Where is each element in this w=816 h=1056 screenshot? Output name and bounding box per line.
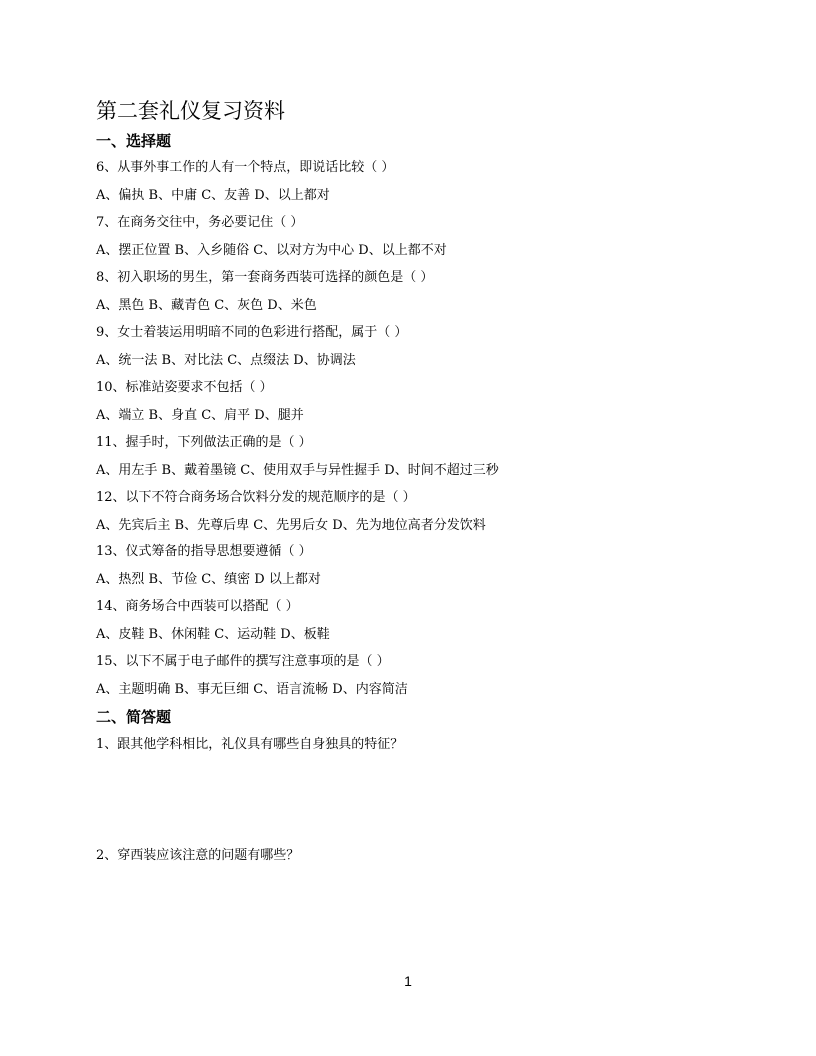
question-11-options: A、用左手 B、戴着墨镜 C、使用双手与异性握手 D、时间不超过三秒 (96, 462, 499, 480)
question-15: 15、以下不属于电子邮件的撰写注意事项的是（ ） (96, 653, 390, 671)
question-7-options: A、摆正位置 B、入乡随俗 C、以对方为中心 D、以上都不对 (96, 242, 447, 260)
short-answer-question-2: 2、穿西装应该注意的问题有哪些？ (96, 847, 299, 865)
short-answer-question-1: 1、跟其他学科相比，礼仪具有哪些自身独具的特征？ (96, 736, 403, 754)
question-9-options: A、统一法 B、对比法 C、点缀法 D、协调法 (96, 352, 356, 370)
question-13-options: A、热烈 B、节俭 C、缜密 D 以上都对 (96, 571, 321, 589)
question-12: 12、以下不符合商务场合饮料分发的规范顺序的是（ ） (96, 489, 416, 507)
document-title: 第二套礼仪复习资料 (96, 96, 285, 126)
document-page: 第二套礼仪复习资料 一、选择题 6、从事外事工作的人有一个特点，即说话比较（ ）… (0, 0, 816, 1056)
question-10-options: A、端立 B、身直 C、肩平 D、腿并 (96, 407, 304, 425)
section-heading-short-answer: 二、简答题 (96, 707, 171, 727)
question-6-options: A、偏执 B、中庸 C、友善 D、以上都对 (96, 187, 330, 205)
question-14-options: A、皮鞋 B、休闲鞋 C、运动鞋 D、板鞋 (96, 626, 330, 644)
question-13: 13、仪式筹备的指导思想要遵循（ ） (96, 543, 312, 561)
section-heading-multiple-choice: 一、选择题 (96, 131, 171, 151)
question-10: 10、标准站姿要求不包括（ ） (96, 379, 273, 397)
page-number: 1 (402, 972, 414, 990)
question-14: 14、商务场合中西装可以搭配（ ） (96, 598, 299, 616)
question-7: 7、在商务交往中，务必要记住（ ） (96, 214, 303, 232)
question-11: 11、握手时，下列做法正确的是（ ） (96, 434, 312, 452)
question-9: 9、女士着装运用明暗不同的色彩进行搭配，属于（ ） (96, 324, 407, 342)
question-8-options: A、黑色 B、藏青色 C、灰色 D、米色 (96, 297, 317, 315)
question-8: 8、初入职场的男生，第一套商务西装可选择的颜色是（ ） (96, 269, 433, 287)
question-15-options: A、主题明确 B、事无巨细 C、语言流畅 D、内容简洁 (96, 681, 408, 699)
question-12-options: A、先宾后主 B、先尊后卑 C、先男后女 D、先为地位高者分发饮料 (96, 517, 486, 535)
question-6: 6、从事外事工作的人有一个特点，即说话比较（ ） (96, 159, 394, 177)
